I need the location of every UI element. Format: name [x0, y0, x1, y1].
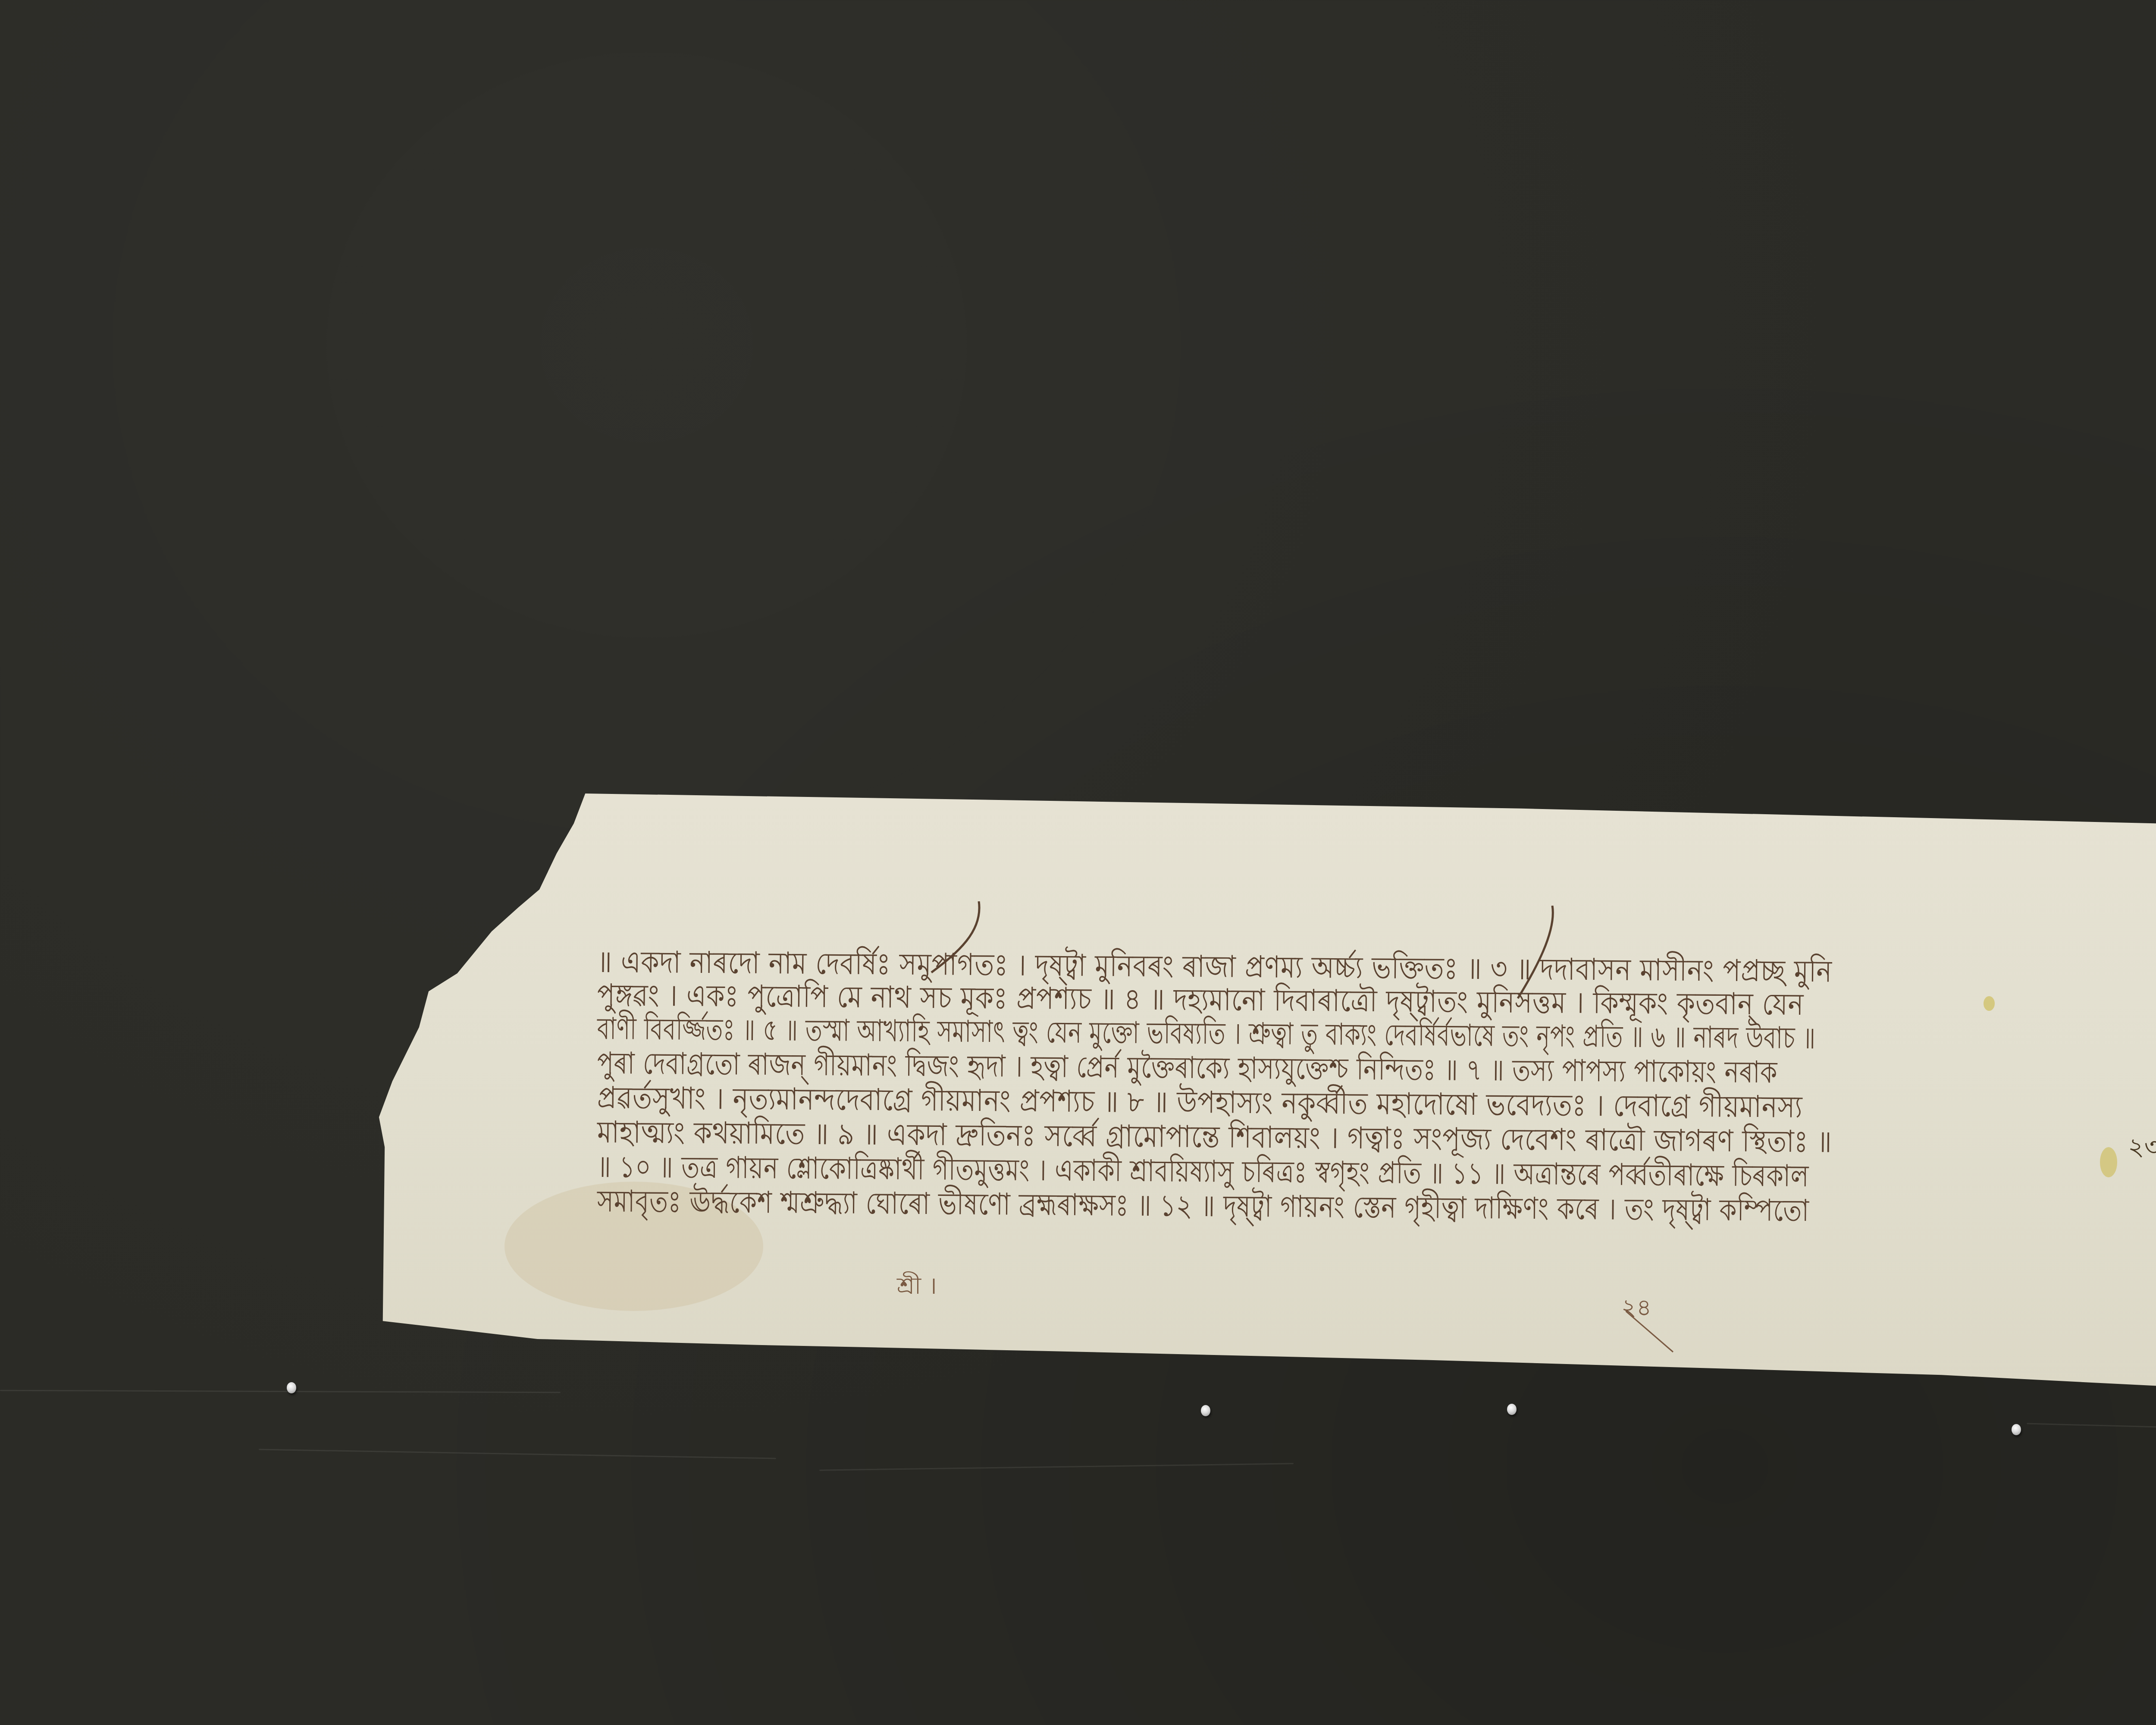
board-scratch-line	[819, 1463, 1294, 1471]
folio-mark-center: ২৪	[1621, 1289, 1651, 1328]
folio-mark-left: শ্ৰী ।	[897, 1268, 937, 1307]
board-scratch-line	[259, 1449, 776, 1459]
mounting-pin	[287, 1382, 296, 1393]
manuscript-line-8: সমাবৃতঃ ঊৰ্দ্ধকেশ শ্মশ্ৰুদ্ধ্যা ঘোৰো ভীষ…	[597, 1186, 1809, 1226]
margin-note: ২৩ কম্মবি	[2128, 1128, 2156, 1170]
mounting-pin	[2012, 1424, 2021, 1435]
paper-stain	[2100, 1147, 2117, 1177]
board-scratch-line	[0, 1390, 561, 1393]
board-scratch-line	[2027, 1423, 2156, 1433]
mounting-pin	[1201, 1405, 1210, 1416]
paper-stain	[1984, 996, 1995, 1011]
mounting-pin	[1507, 1404, 1517, 1415]
